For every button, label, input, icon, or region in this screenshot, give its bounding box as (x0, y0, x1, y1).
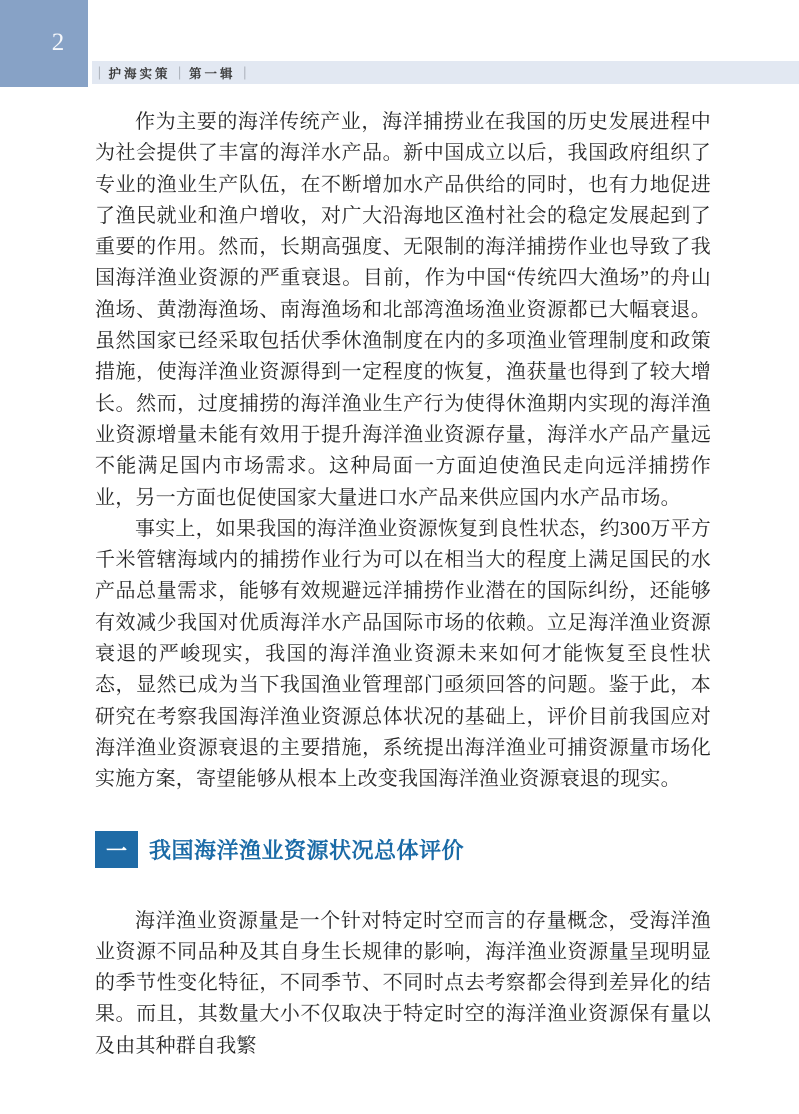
page-content: 作为主要的海洋传统产业，海洋捕捞业在我国的历史发展进程中为社会提供了丰富的海洋水… (95, 107, 711, 1062)
book-title: 护海实策 (109, 64, 171, 82)
section-heading: 一 我国海洋渔业资源状况总体评价 (95, 831, 711, 869)
running-header: | 护海实策 | 第一辑 | (92, 61, 799, 84)
section-number-box: 一 (95, 831, 138, 868)
volume-label: 第一辑 (189, 64, 236, 82)
header-divider: | (244, 64, 247, 81)
section-title: 我国海洋渔业资源状况总体评价 (149, 834, 464, 865)
page-number-block: 2 (0, 0, 88, 87)
header-divider: | (98, 64, 101, 81)
body-paragraph-2: 事实上，如果我国的海洋渔业资源恢复到良性状态，约300万平方千米管辖海域内的捕捞… (95, 514, 711, 796)
header-divider: | (179, 64, 182, 81)
section-number: 一 (106, 835, 127, 865)
page-number: 2 (0, 30, 88, 55)
body-paragraph-1: 作为主要的海洋传统产业，海洋捕捞业在我国的历史发展进程中为社会提供了丰富的海洋水… (95, 107, 711, 514)
body-paragraph-3: 海洋渔业资源量是一个针对特定时空而言的存量概念，受海洋渔业资源不同品种及其自身生… (95, 906, 711, 1062)
